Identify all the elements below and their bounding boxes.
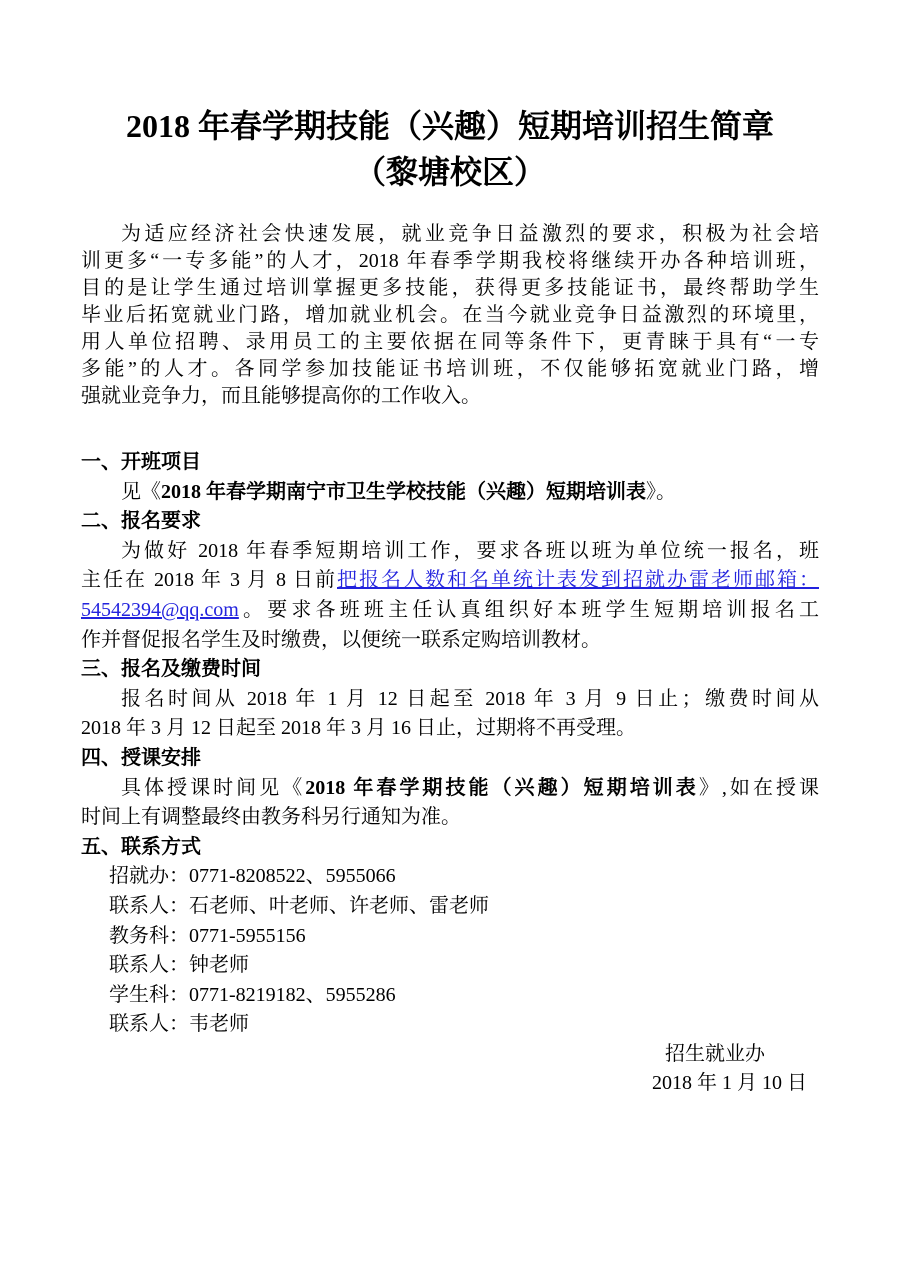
email-link[interactable]: 54542394@qq.com (81, 599, 239, 621)
email-link[interactable]: 把报名人数和名单统计表发到招就办雷老师邮箱： (337, 569, 819, 591)
contact-line: 联系人：石老师、叶老师、许老师、雷老师 (81, 892, 819, 922)
doc-line: 时间上有调整最终由教务科另行通知为准。 (81, 803, 819, 833)
section-heading: 二、报名要求 (81, 507, 819, 537)
text-segment: 》。 (646, 481, 676, 503)
document: 2018 年春学期技能（兴趣）短期培训招生简章 （黎塘校区） 为适应经济社会快速… (0, 0, 900, 1099)
section-heading: 五、联系方式 (81, 833, 819, 863)
doc-title: 2018 年春学期技能（兴趣）短期培训招生简章 （黎塘校区） (81, 103, 819, 195)
title-line-2: （黎塘校区） (81, 149, 819, 195)
intro-paragraph: 为适应经济社会快速发展，就业竞争日益激烈的要求，积极为社会培训更多“一专多能”的… (81, 221, 819, 410)
doc-line: 2018 年 3 月 12 日起至 2018 年 3 月 16 日止，过期将不再… (81, 714, 819, 744)
intro-line: 用人单位招聘、录用员工的主要依据在同等条件下，更青睐于具有“一专 (81, 329, 819, 356)
text-segment: 》,如在授课 (699, 777, 819, 799)
page: { "page": { "background": "#ffffff", "te… (0, 0, 900, 1272)
section-heading: 一、开班项目 (81, 448, 819, 478)
intro-line: 强就业竞争力，而且能够提高你的工作收入。 (81, 383, 819, 410)
intro-line: 为适应经济社会快速发展，就业竞争日益激烈的要求，积极为社会培 (81, 221, 819, 248)
contact-line: 学生科：0771-8219182、5955286 (81, 981, 819, 1011)
text-segment: 2018 年春学期南宁市卫生学校技能（兴趣）短期培训表 (161, 481, 646, 503)
doc-line: 主任在 2018 年 3 月 8 日前把报名人数和名单统计表发到招就办雷老师邮箱… (81, 566, 819, 596)
text-segment: 见《 (121, 481, 161, 503)
title-line-1: 2018 年春学期技能（兴趣）短期培训招生简章 (81, 103, 819, 149)
text-segment: 2018 年 3 月 12 日起至 2018 年 3 月 16 日止，过期将不再… (81, 717, 636, 739)
text-segment: 2018 年春学期技能（兴趣）短期培训表 (305, 777, 699, 799)
signature-block: 招生就业办 2018 年 1 月 10 日 (81, 1040, 819, 1099)
section-heading: 三、报名及缴费时间 (81, 655, 819, 685)
contact-line: 教务科：0771-5955156 (81, 922, 819, 952)
doc-line: 报名时间从 2018 年 1 月 12 日起至 2018 年 3 月 9 日止；… (81, 685, 819, 715)
text-segment: 作并督促报名学生及时缴费，以便统一联系定购培训教材。 (81, 629, 601, 651)
intro-line: 目的是让学生通过培训掌握更多技能，获得更多技能证书，最终帮助学生 (81, 275, 819, 302)
text-segment: 时间上有调整最终由教务科另行通知为准。 (81, 806, 461, 828)
intro-line: 毕业后拓宽就业门路，增加就业机会。在当今就业竞争日益激烈的环境里， (81, 302, 819, 329)
intro-line: 多能”的人才。各同学参加技能证书培训班，不仅能够拓宽就业门路，增 (81, 356, 819, 383)
doc-line: 作并督促报名学生及时缴费，以便统一联系定购培训教材。 (81, 626, 819, 656)
contact-line: 招就办：0771-8208522、5955066 (81, 862, 819, 892)
signature-office: 招生就业办 (81, 1040, 819, 1070)
doc-line: 见《2018 年春学期南宁市卫生学校技能（兴趣）短期培训表》。 (81, 478, 819, 508)
doc-line: 54542394@qq.com。要求各班班主任认真组织好本班学生短期培训报名工 (81, 596, 819, 626)
section-heading: 四、授课安排 (81, 744, 819, 774)
text-segment: 具体授课时间见《 (121, 777, 305, 799)
doc-line: 具体授课时间见《2018 年春学期技能（兴趣）短期培训表》,如在授课 (81, 774, 819, 804)
text-segment: 。要求各班班主任认真组织好本班学生短期培训报名工 (239, 599, 819, 621)
doc-line: 为做好 2018 年春季短期培训工作，要求各班以班为单位统一报名，班 (81, 537, 819, 567)
intro-line: 训更多“一专多能”的人才，2018 年春季学期我校将继续开办各种培训班， (81, 248, 819, 275)
text-segment: 报名时间从 2018 年 1 月 12 日起至 2018 年 3 月 9 日止；… (121, 688, 819, 710)
text-segment: 主任在 2018 年 3 月 8 日前 (81, 569, 337, 591)
text-segment: 为做好 2018 年春季短期培训工作，要求各班以班为单位统一报名，班 (121, 540, 819, 562)
signature-date: 2018 年 1 月 10 日 (81, 1069, 819, 1099)
contact-line: 联系人：韦老师 (81, 1010, 819, 1040)
sections: 一、开班项目见《2018 年春学期南宁市卫生学校技能（兴趣）短期培训表》。二、报… (81, 448, 819, 1040)
contact-line: 联系人：钟老师 (81, 951, 819, 981)
